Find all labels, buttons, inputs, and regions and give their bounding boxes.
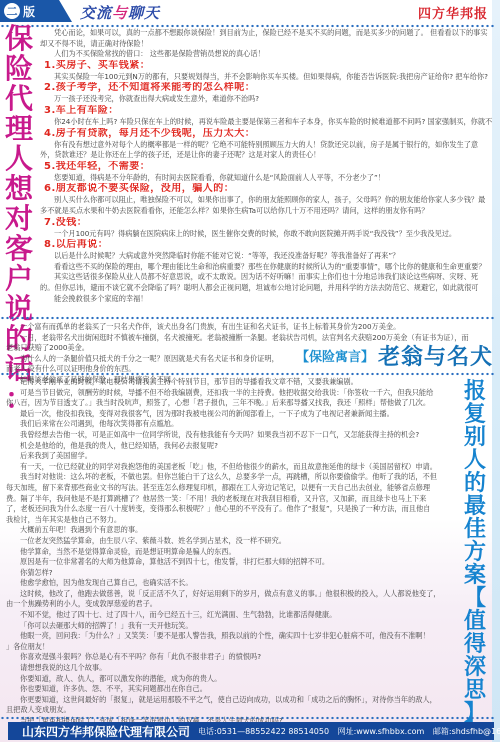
newspaper-page: 二 版 交流与聊天 四方华邦报 保险代理人想对客户说的话： 凭心而论，如果可以，… [0, 0, 500, 742]
story-line: 原因是有一位非常著名的大师为他算命，算他活不到四十七，他发誓，非打烂那大师的招牌… [6, 557, 454, 568]
excuse-heading: 5.我还年轻，不需要： [40, 161, 492, 173]
fable-line: 一个富有而孤单的老翁买了一只名犬作伴，该犬出身名门贵族，有出生证和名犬证书，证书… [6, 322, 492, 333]
story-line: 机会是他给的，他是我的贵人，他已经知错，我何必去报复呢? [6, 441, 454, 452]
website-link[interactable]: 网址:www.sfhbbx.com [338, 727, 425, 736]
vertical-title-char: 复 [464, 403, 486, 426]
fable-title: 【保险寓言】 老翁与名犬 [296, 340, 493, 371]
story-line: 我们后来常在公司遇到，他每次笑得都有点尴尬。 [6, 419, 454, 430]
story-line: 有一天，一位已经就业的同学对我抱怨他的美国老板「吃」他，不但给他很少的薪水，而且… [6, 462, 454, 473]
vertical-title-char: 案 [464, 564, 486, 587]
vertical-title-char: 深 [464, 656, 486, 679]
story-line: 你也要知道，许多仇、怨、不平，其实问题都出在你自己。 [6, 684, 454, 695]
excuse-heading: 4.房子有贷款，每月还不少钱呢，压力太大： [40, 128, 492, 140]
excuse-body-line: 看看这些不买的保险的理由，哪个理由能比生命和治病重要？那些在你健康的时候所认为的… [40, 262, 492, 273]
vertical-title-char: 得 [464, 633, 486, 656]
dotted-divider [0, 372, 494, 376]
vertical-title-char: 别 [464, 426, 486, 449]
vertical-title-char: 对 [5, 204, 33, 234]
article1-body: 凭心而论，如果可以，真的一点都不想跟你谈保险！到目前为止，保险已经不是买不买的问… [40, 28, 492, 304]
story-line: 这时候，他改了，他跑去做慈善，说「反正活不久了，好好运用剩下的岁月，做点有意义的… [6, 589, 454, 600]
story-line: 」各位朋友！ [6, 642, 454, 653]
story-line: 了，老板还问我为什么态度一百八十度转变，变得那么积极呢？」他心里的不平没有了。他… [6, 504, 454, 515]
intro-line: 却又不得不说，请正确对待保险！ [40, 39, 492, 50]
vertical-title-char: 险 [5, 54, 33, 84]
email-link[interactable]: 邮箱:shdsfhb@163.com [433, 727, 500, 736]
company-name: 山东四方华邦保险代理有限公司 [22, 723, 190, 740]
excuse-body-line: 您要知道，得病是不分年龄的，有时间去医院看看，你就知道什么是“风险面前人人平等，… [40, 173, 492, 184]
article3-body: 记得大学刚毕业的时候，某电视公司请我去主持个特别节目，那节目的导播看我文章不错，… [6, 377, 454, 727]
right-edge-strip [492, 0, 500, 742]
vertical-title-char: 人 [5, 144, 33, 174]
excuse-body-line: 一个月100元有吗？得病躺在医院病床上的时候，医生催你交费的时候，你敢不敢向医院… [40, 229, 492, 240]
phone-text: 电话:0531—88552422 88514050 [198, 727, 329, 736]
vertical-title-char: 理 [5, 114, 33, 144]
excuse-heading: 2.孩子考学，还不知道将来能考的怎么样呢： [40, 82, 492, 94]
story-line: 我曾经想去告他一状，可是正如高中一位同学所说，没有他我能有今天吗？如果我当初不忍… [6, 430, 454, 441]
story-line: 记得大学刚毕业的时候，某电视公司请我去主持个特别节目，那节目的导播看我文章不错，… [6, 377, 454, 388]
excuse-body-line: 能会挽救很多个家庭的幸福！ [40, 294, 492, 305]
vertical-title-char: 想 [5, 174, 33, 204]
dotted-divider [0, 716, 494, 720]
excuse-heading: 7.没钱： [40, 217, 492, 229]
story-line: 请想想我说的这几个故事。 [6, 663, 454, 674]
story-line: 你八百，因为节目透支了。」我当时没吭声，照签了，心想「君子报仇，三年不晚。」后来… [6, 398, 454, 409]
story-line: 且把敌人变成朋友。 [6, 705, 454, 716]
excuse-body-line: 你有没有想过意外对每个人的概率都是一样的呢？它绝不可能特别照顾压力大的人！贷款还… [40, 140, 492, 151]
excuse-body-line: 万一孩子还没考完，你就查出得大病或发生意外，难道你不治吗? [40, 94, 492, 105]
vertical-title-char: 客 [5, 234, 33, 264]
vertical-title-char: 代 [5, 84, 33, 114]
story-line: 你喜欢逞强斗狠吗？你总是心有不平吗？你有「此仇不报非君子」的愤恨吗? [6, 652, 454, 663]
fable-headline: 老翁与名犬 [378, 340, 493, 371]
story-line: 他眼一亮，回问我：「为什么？」又笑笑：「要不是那人警告我，照我以前的个性，确实四… [6, 631, 454, 642]
dotted-divider [0, 316, 494, 320]
story-line: 由一个焦躁势利的小人，变成敦厚慈爱的君子。 [6, 599, 454, 610]
vertical-title-char: 报 [464, 380, 486, 403]
story-line: 费。隔了半年，我问他是不是打算跳槽了？他居然一笑：「不用！我的老板现在对我刮目相… [6, 494, 454, 505]
story-line: 可是当节目做完，领酬劳的时候，导播不但不给我编剧费，还扣我一半的主持费。他把收据… [6, 388, 454, 399]
section-title: 交流与聊天 [80, 2, 160, 23]
section-title-part: 交流 [80, 4, 112, 22]
excuse-body-line: 以后是什么时候呢？大病或意外突然降临时你能不能对它说：“等等，我还没准备好呢？等… [40, 251, 492, 262]
edition-label: 版 [23, 3, 35, 20]
article3-vertical-title: 报复别人的最佳方案【值得深思】 [458, 380, 492, 725]
footer-bar: 山东四方华邦保险代理有限公司 电话:0531—88552422 88514050… [8, 722, 494, 740]
story-line: 他愈学愈怕，因为他发现自己算自己，也确实活不长。 [6, 578, 454, 589]
excuse-body-line: 外，贷款谁还？是让你还在上学的孩子还，还是让你的妻子还呢？这是对家人的责任心！ [40, 150, 492, 161]
excuse-heading: 1.买房子、买车钱紧： [40, 60, 492, 72]
excuse-heading: 8.以后再说： [40, 239, 492, 251]
story-line: 他学算命，当然不是觉得算命灵验，而是想证明算命是骗人的东西。 [6, 547, 454, 558]
vertical-title-char: 户 [5, 264, 33, 294]
vertical-title-char: 的 [464, 472, 486, 495]
excuse-heading: 6.朋友都说不要买保险，没用，骗人的： [40, 183, 492, 195]
intro-line: 凭心而论，如果可以，真的一点都不想跟你谈保险！到目前为止，保险已经不是买不买的问… [40, 28, 492, 39]
vertical-title-char: 思 [464, 679, 486, 702]
excuse-body-line: 别人买什么你都可以阻止，唯独保险不可以，如果你出事了，你的朋友能照顾你的家人，孩… [40, 195, 492, 206]
story-line: 我检讨，当年其实是他自己不努力。 [6, 515, 454, 526]
excuse-body-line: 其实这些话很多保险从业人员都不好意思说，或不太敢说。因为话不好听嘛！而事实上你们… [40, 272, 492, 283]
vertical-title-char: 值 [464, 610, 486, 633]
excuse-body-line: 的。但你忌讳，避而不谈它就不会降临了吗？聪明人都会正视问题，坦诚布公地讨论问题，… [40, 283, 492, 294]
excuse-body-line: 多不就是买点水果和牛奶去医院看看你，还能怎么样？如果你生病Ta可以给你几十万不用… [40, 206, 492, 217]
story-line: 你要知道，敌人、仇人，都可以激发你的潜能，成为你的贵人。 [6, 674, 454, 685]
story-line: 最后一次，他没扣我钱，变得对我很客气，因为那时我被电视公司的新闻部看上，一下子成… [6, 409, 454, 420]
page-header: 二 版 交流与聊天 四方华邦报 [0, 0, 500, 22]
vertical-title-char: 保 [5, 24, 33, 54]
story-line: 「你可以去砸那大师的招牌了！」我有一天开他玩笑。 [6, 621, 454, 632]
story-line: 后来我到了美国留学。 [6, 451, 454, 462]
vertical-title-char: 最 [464, 495, 486, 518]
edition-tab: 二 版 [0, 0, 72, 22]
story-line: 你猜怎样? [6, 568, 454, 579]
vertical-title-char: 【 [464, 587, 486, 610]
story-line: 大概前五年吧！我遇到个有意思的事。 [6, 525, 454, 536]
contact-info: 电话:0531—88552422 88514050 网址:www.sfhbbx.… [198, 726, 500, 737]
excuse-body-line: 你24小时在车上吗? 车险只保在车上的时候，再说车险最主要是保第三者和车子本身，… [40, 117, 492, 128]
story-line: 一位老友突然猛学算命，由生辰八字、紫薇斗数、姓名学到占星术，没一样不研究。 [6, 536, 454, 547]
excuse-body-line: 其实买保险一年100元到N万的都有，只要规划得当，并不会影响你买车买楼。但如果得… [40, 72, 492, 83]
vertical-title-char: 方 [464, 541, 486, 564]
section-title-part: 聊天 [128, 4, 160, 22]
section-title-part: 与 [112, 4, 128, 22]
edition-number: 二 [4, 3, 20, 19]
paper-name: 四方华邦报 [418, 3, 488, 22]
excuse-heading: 3.车上有车险： [40, 105, 492, 117]
story-line: 我当时对他说：这么坏的老板，不做也罢。但你岂能白干了这么久，总要多学一点，再跳槽… [6, 472, 454, 483]
vertical-title-char: 佳 [464, 518, 486, 541]
fable-tag: 【保险寓言】 [296, 346, 374, 365]
intro-line: 人们为不买保险常找的借口： 这些都是保险营销员想说的真心话！ [40, 49, 492, 60]
story-line: 每天加班，留下来背那些商业文书的写法。甚至连怎么修理复印机，都跟在工人旁边记笔记… [6, 483, 454, 494]
vertical-title-char: 人 [464, 449, 486, 472]
story-line: 你更要知道，这世间最好的「报复」，就是运用那股不平之气，使自己迈向成功，以成功和… [6, 695, 454, 706]
story-line: 不知不觉，他过了四十七、过了四十八，而今已经五十三，红光满面、生气勃勃，比谁都活… [6, 610, 454, 621]
